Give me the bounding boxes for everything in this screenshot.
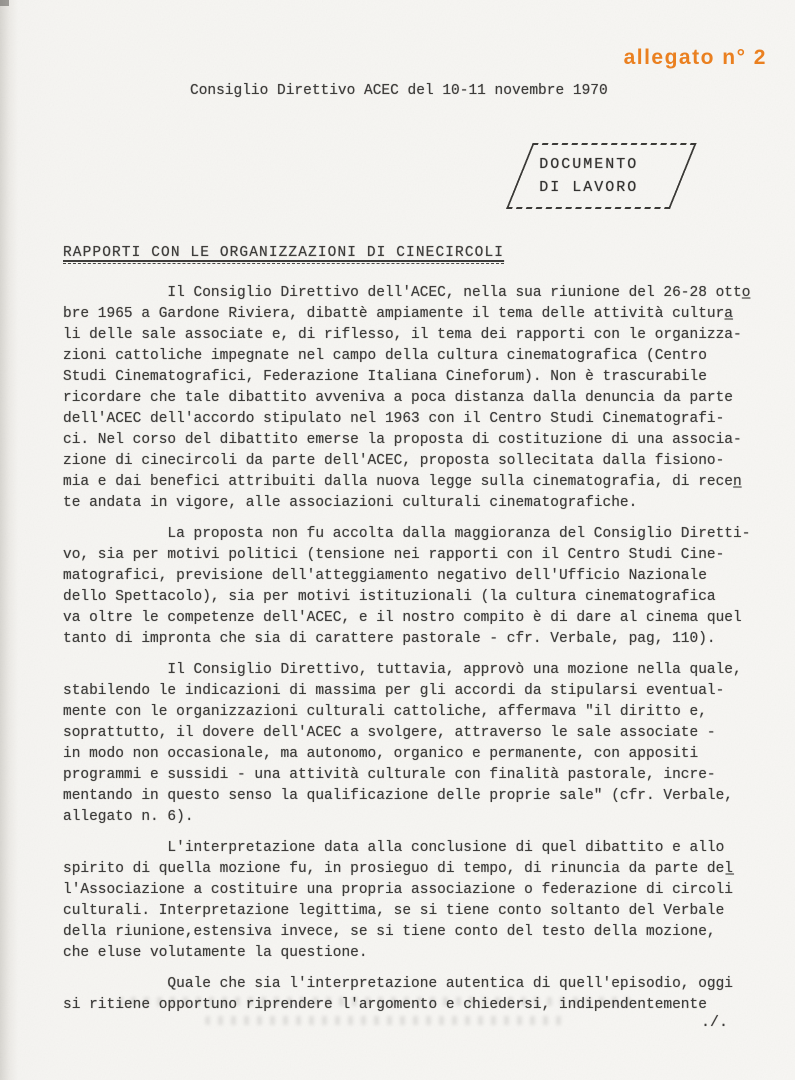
document-header-title: Consiglio Direttivo ACEC del 10-11 novem… [190,81,608,102]
stamp-line1: DOCUMENTO [539,153,638,176]
paragraph-5: Quale che sia l'interpretazione autentic… [63,974,753,1016]
paragraph-1: Il Consiglio Direttivo dell'ACEC, nella … [63,283,753,514]
annotation-allegato: allegato n° 2 [624,46,767,70]
work-document-stamp-text: DOCUMENTO DI LAVORO [509,145,669,207]
paragraph-4: L'interpretazione data alla conclusione … [63,838,753,964]
document-body: Il Consiglio Direttivo dell'ACEC, nella … [63,283,753,1026]
paragraph-2: La proposta non fu accolta dalla maggior… [63,524,753,650]
stamp-line2: DI LAVORO [539,176,638,199]
scan-corner-mark [0,0,9,6]
scanned-document-page: allegato n° 2 Consiglio Direttivo ACEC d… [0,0,795,1080]
paragraph-3: Il Consiglio Direttivo, tuttavia, approv… [63,660,753,828]
work-document-stamp: DOCUMENTO DI LAVORO [506,143,697,209]
continuation-mark: ./. [701,1012,728,1033]
section-heading: RAPPORTI CON LE ORGANIZZAZIONI DI CINECI… [63,245,504,264]
